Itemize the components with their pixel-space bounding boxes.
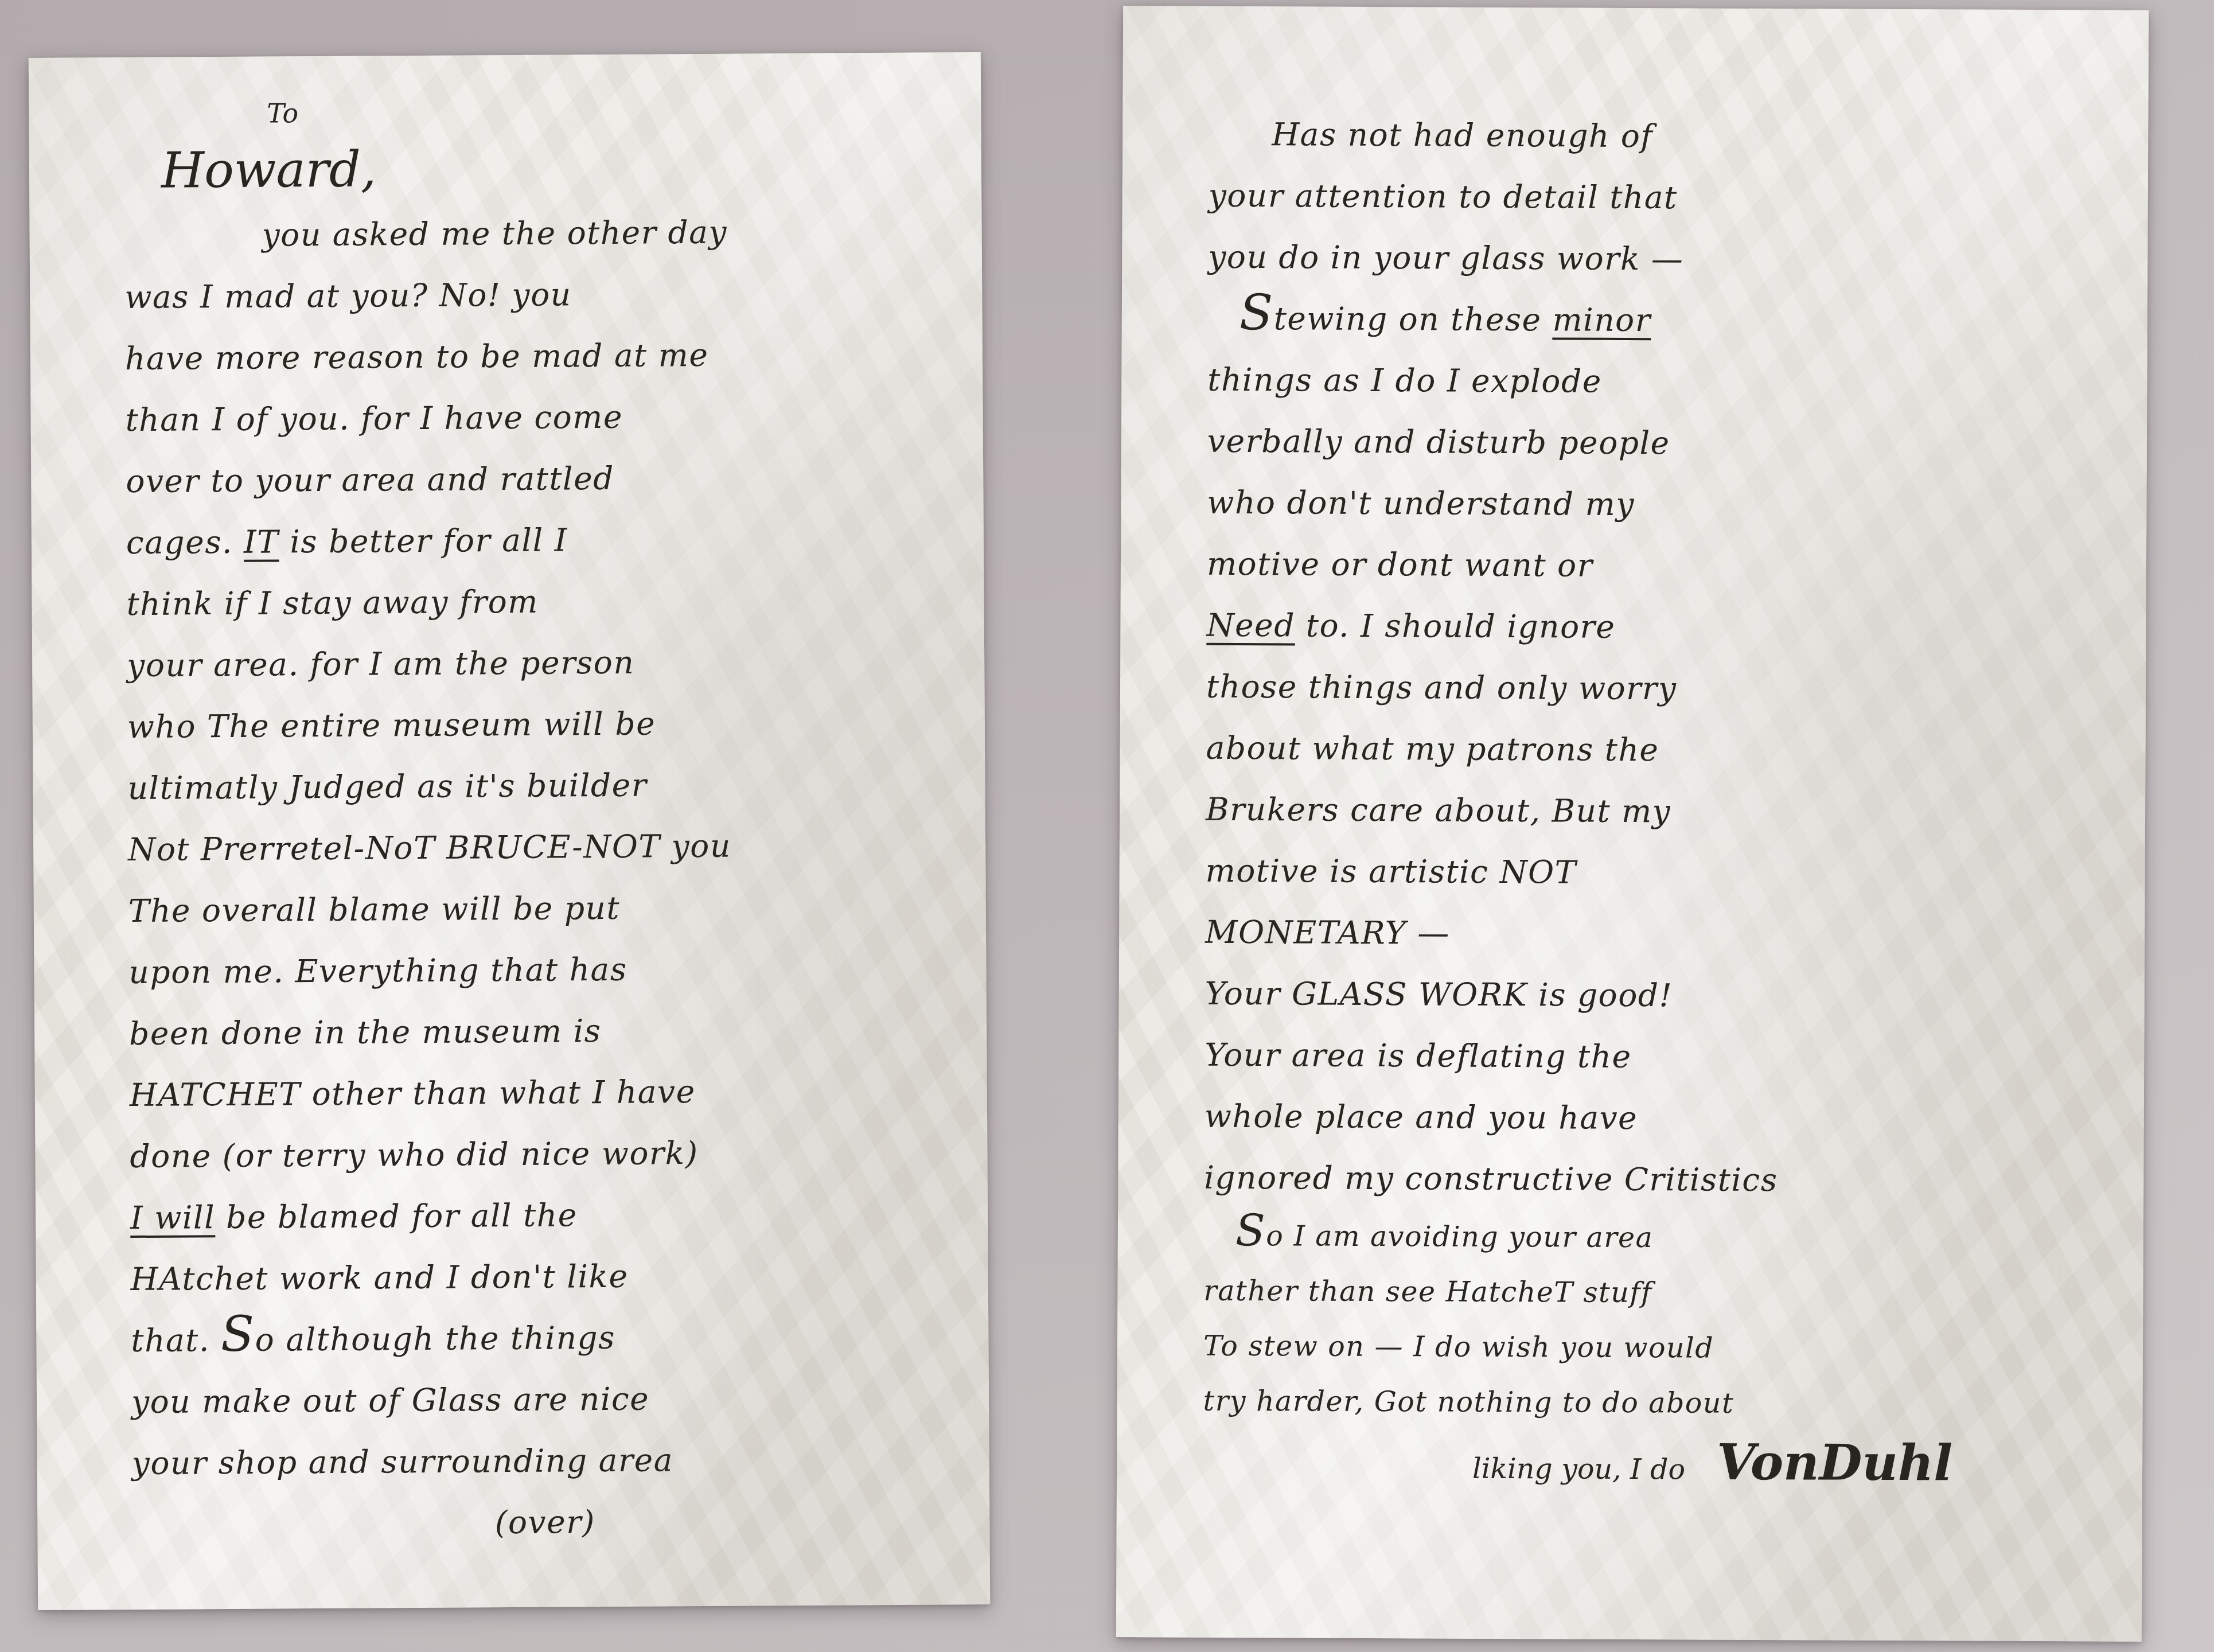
letter-text-segment: those things and only worry — [1206, 668, 1677, 707]
letter-text-segment: S — [220, 1306, 255, 1363]
letter-line: Need to. I should ignore — [1206, 595, 2111, 660]
letter-text-segment: S — [1235, 1205, 1266, 1256]
letter-text-segment: To stew on — I do wish you would — [1203, 1330, 1714, 1365]
letter-text-segment: to. I should ignore — [1295, 607, 1616, 645]
letter-text-segment: Your area is deflating the — [1205, 1037, 1632, 1075]
letter-text-segment: tewing on these — [1274, 300, 1553, 338]
letter-line: rather than see HatcheT stuff — [1203, 1264, 2108, 1323]
letter-line: upon me. Everything that has — [128, 937, 955, 1003]
letter-line: those things and only worry — [1206, 656, 2111, 722]
letter-line: To stew on — I do wish you would — [1203, 1319, 2108, 1378]
signature: VonDuhl — [1717, 1433, 1952, 1493]
letter-text-segment: cages. — [126, 524, 244, 561]
letter-line: ultimatly Judged as it's builder — [127, 753, 954, 819]
letter-body-page-2: Has not had enough ofyour attention to d… — [1203, 104, 2114, 1433]
letter-text-segment: who don't understand my — [1207, 484, 1635, 523]
letter-line: you asked me the other day — [262, 200, 950, 266]
letter-line: over to your area and rattled — [126, 446, 952, 512]
letter-text-segment: Need — [1206, 607, 1295, 644]
letter-text-segment: your attention to detail that — [1209, 177, 1678, 216]
letter-line: your attention to detail that — [1209, 165, 2114, 231]
letter-line: done (or terry who did nice work) — [130, 1121, 956, 1187]
letter-text-segment: done (or terry who did nice work) — [130, 1135, 698, 1175]
salutation-to: To — [267, 87, 949, 135]
letter-text-segment: been done in the museum is — [129, 1012, 602, 1052]
letter-page-1: To Howard, you asked me the other daywas… — [29, 52, 990, 1610]
letter-line: your shop and surrounding area — [131, 1428, 958, 1494]
letter-line: MONETARY — — [1205, 902, 2110, 967]
letter-line: HAtchet work and I don't like — [130, 1244, 957, 1310]
letter-text-segment: ultimatly Judged as it's builder — [127, 767, 647, 807]
letter-line: about what my patrons the — [1206, 718, 2111, 783]
closing-text: liking you, I do — [1472, 1452, 1685, 1486]
letter-text-segment: Has not had enough of — [1272, 116, 1653, 154]
letter-text-segment: IT — [244, 523, 279, 560]
letter-line: Not Prerretel-NoT BRUCE-NOT you — [128, 814, 954, 880]
letter-text-segment: things as I do I explode — [1207, 361, 1602, 400]
letter-text-segment: verbally and disturb people — [1207, 423, 1670, 462]
letter-text-segment: Brukers care about, But my — [1206, 791, 1671, 830]
letter-text-segment: Not Prerretel-NoT BRUCE-NOT you — [128, 828, 731, 868]
letter-text-segment: is better for all I — [279, 521, 568, 560]
letter-text-segment: upon me. Everything that has — [128, 951, 627, 991]
letter-text-segment: you asked me the other day — [262, 214, 727, 254]
letter-text-segment: whole place and you have — [1205, 1098, 1638, 1136]
letter-line: than I of you. for I have come — [125, 384, 952, 451]
letter-line: try harder, Got nothing to do about — [1203, 1374, 2108, 1433]
letter-line: (over) — [132, 1489, 958, 1556]
letter-text-segment: be blamed for all the — [215, 1197, 578, 1236]
letter-line: Has not had enough of — [1272, 104, 2114, 169]
letter-line: that. So although the things — [131, 1305, 957, 1372]
letter-line: was I mad at you? No! you — [124, 262, 951, 328]
letter-line: you make out of Glass are nice — [131, 1366, 958, 1433]
letter-text-segment: ignored my constructive Critistics — [1204, 1159, 1778, 1198]
letter-text-segment: Your GLASS WORK is good! — [1205, 975, 1673, 1014]
letter-text-segment: your area. for I am the person — [127, 644, 634, 684]
letter-line: you do in your glass work — — [1208, 227, 2113, 292]
letter-line: who don't understand my — [1207, 472, 2112, 537]
salutation-name: Howard, — [161, 131, 950, 205]
letter-line: Stewing on these minor — [1239, 288, 2113, 353]
letter-line: think if I stay away from — [126, 568, 953, 635]
letter-text-segment: rather than see HatcheT stuff — [1203, 1275, 1652, 1309]
letter-line: ignored my constructive Critistics — [1204, 1147, 2109, 1213]
letter-line: So I am avoiding your area — [1235, 1209, 2109, 1268]
letter-text-segment: motive or dont want or — [1207, 546, 1593, 584]
letter-page-2: Has not had enough ofyour attention to d… — [1116, 6, 2149, 1642]
letter-text-segment: you do in your glass work — — [1208, 239, 1683, 278]
letter-text-segment: have more reason to be mad at me — [125, 337, 709, 377]
letter-text-segment: minor — [1552, 301, 1651, 338]
letter-text-segment: o although the things — [255, 1319, 616, 1358]
letter-line: have more reason to be mad at me — [125, 323, 952, 389]
letter-text-segment: HAtchet work and I don't like — [131, 1258, 629, 1298]
letter-text-segment: MONETARY — — [1205, 914, 1450, 952]
letter-line: things as I do I explode — [1207, 349, 2112, 415]
letter-text-segment: about what my patrons the — [1206, 730, 1659, 768]
letter-line: who The entire museum will be — [127, 691, 954, 758]
letter-text-segment: (over) — [495, 1503, 595, 1541]
letter-line: motive or dont want or — [1207, 533, 2112, 599]
letter-text-segment: over to your area and rattled — [126, 460, 614, 500]
letter-text-segment: was I mad at you? No! you — [124, 276, 572, 315]
letter-line: been done in the museum is — [129, 998, 956, 1065]
letter-line: verbally and disturb people — [1207, 411, 2112, 476]
letter-text-segment: than I of you. for I have come — [125, 399, 623, 438]
letter-text-segment: try harder, Got nothing to do about — [1203, 1385, 1734, 1420]
letter-text-segment: o I am avoiding your area — [1266, 1219, 1653, 1254]
letter-line: The overall blame will be put — [128, 875, 955, 942]
letter-text-segment: I will — [130, 1199, 215, 1236]
letter-text-segment: motive is artistic NOT — [1205, 852, 1577, 891]
letter-text-segment: your shop and surrounding area — [132, 1441, 674, 1482]
letter-text-segment: that. — [131, 1322, 221, 1359]
letter-line: HATCHET other than what I have — [129, 1059, 956, 1126]
letter-line: cages. IT is better for all I — [126, 507, 953, 574]
letter-text-segment: who The entire museum will be — [127, 705, 656, 745]
letter-line: your area. for I am the person — [127, 630, 953, 696]
letter-text-segment: think if I stay away from — [126, 583, 539, 622]
letter-text-segment: HATCHET other than what I have — [130, 1073, 696, 1113]
letter-line: Your area is deflating the — [1205, 1024, 2110, 1090]
letter-line: Brukers care about, But my — [1206, 779, 2111, 844]
closing-line: liking you, I doVonDuhl — [1472, 1430, 2108, 1503]
letter-text-segment: you make out of Glass are nice — [131, 1381, 650, 1421]
letter-line: Your GLASS WORK is good! — [1205, 963, 2110, 1028]
letter-body-page-1: you asked me the other daywas I mad at y… — [124, 200, 958, 1556]
letter-text-segment: The overall blame will be put — [128, 890, 621, 929]
letter-line: whole place and you have — [1205, 1086, 2110, 1151]
letter-text-segment: S — [1239, 285, 1274, 341]
letter-line: I will be blamed for all the — [130, 1182, 957, 1249]
letter-photo: { "colors": { "background": "#b5adaf", "… — [0, 0, 2214, 1652]
letter-line: motive is artistic NOT — [1205, 840, 2110, 906]
